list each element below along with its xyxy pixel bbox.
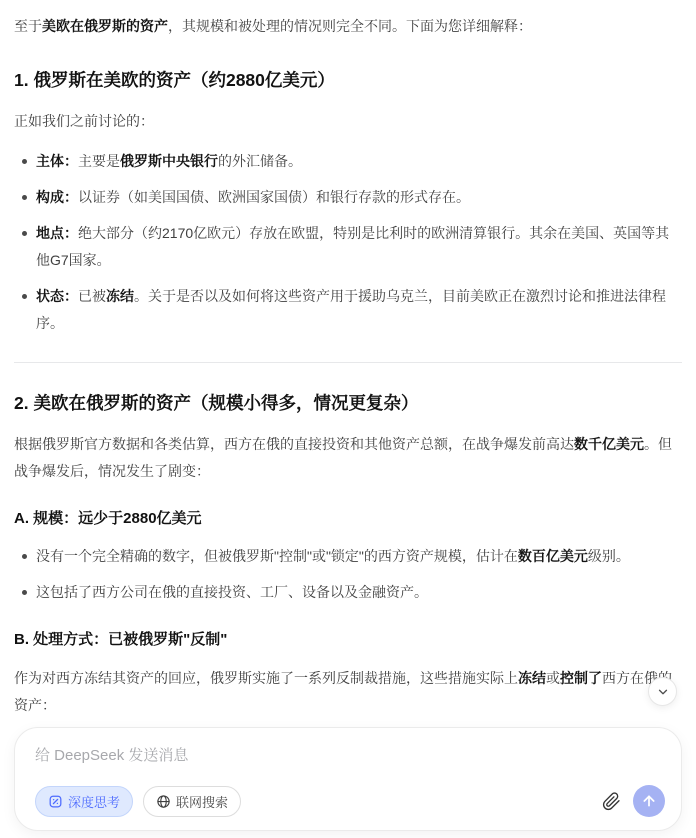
section-heading: 2. 美欧在俄罗斯的资产（规模小得多，情况更复杂） bbox=[14, 390, 682, 416]
section-heading: B. 处理方式：已被俄罗斯"反制" bbox=[14, 628, 682, 652]
bullet-list: 没有一个完全精确的数字，但被俄罗斯"控制"或"锁定"的西方资产规模，估计在数百亿… bbox=[14, 543, 682, 606]
text-span: 这包括了西方公司在俄的直接投资、工厂、设备以及金融资产。 bbox=[36, 584, 428, 600]
list-item: 地点：绝大部分（约2170亿欧元）存放在欧盟，特别是比利时的欧洲清算银行。其余在… bbox=[36, 220, 682, 274]
bold-text: 构成： bbox=[36, 189, 78, 205]
text-span: 2. 美欧在俄罗斯的资产（规模小得多，情况更复杂） bbox=[14, 393, 418, 413]
message-input[interactable] bbox=[35, 742, 665, 770]
text-span: 正如我们之前讨论的： bbox=[14, 113, 154, 129]
bold-text: 冻结 bbox=[106, 288, 134, 304]
arrow-up-icon bbox=[641, 793, 657, 809]
bold-text: 数百亿美元 bbox=[518, 548, 588, 564]
text-span: 已被 bbox=[78, 288, 106, 304]
text-span: 主要是 bbox=[78, 153, 120, 169]
bold-text: 主体： bbox=[36, 153, 78, 169]
text-span: 以证券（如美国国债、欧洲国家国债）和银行存款的形式存在。 bbox=[78, 189, 470, 205]
text-span: A. 规模：远少于2880亿美元 bbox=[14, 510, 202, 527]
bold-text: 俄罗斯中央银行 bbox=[120, 153, 218, 169]
text-span: 的外汇储备。 bbox=[218, 153, 302, 169]
text-span: 绝大部分（约2170亿欧元）存放在欧盟，特别是比利时的欧洲清算银行。其余在美国、… bbox=[36, 225, 669, 268]
list-item: 构成：以证券（如美国国债、欧洲国家国债）和银行存款的形式存在。 bbox=[36, 184, 682, 211]
deepthink-toggle[interactable]: 深度思考 bbox=[35, 786, 133, 817]
chevron-down-icon bbox=[656, 685, 670, 699]
bold-text: 冻结 bbox=[518, 670, 546, 686]
bold-text: 地点： bbox=[36, 225, 78, 241]
composer-toolbar: 深度思考 联网搜索 bbox=[35, 785, 665, 817]
list-item: 状态：已被冻结。关于是否以及如何将这些资产用于援助乌克兰，目前美欧正在激烈讨论和… bbox=[36, 283, 682, 337]
paragraph: 作为对西方冻结其资产的回应，俄罗斯实施了一系列反制裁措施，这些措施实际上冻结或控… bbox=[14, 665, 682, 719]
globe-icon bbox=[156, 794, 171, 809]
scroll-to-bottom-button[interactable] bbox=[648, 677, 677, 706]
bullet-list: 主体：主要是俄罗斯中央银行的外汇储备。构成：以证券（如美国国债、欧洲国家国债）和… bbox=[14, 148, 682, 337]
list-item: 这包括了西方公司在俄的直接投资、工厂、设备以及金融资产。 bbox=[36, 579, 682, 606]
text-span: 级别。 bbox=[588, 548, 630, 564]
deepthink-icon bbox=[48, 794, 63, 809]
section-divider bbox=[14, 362, 682, 363]
list-item: 主体：主要是俄罗斯中央银行的外汇储备。 bbox=[36, 148, 682, 175]
attach-button[interactable] bbox=[600, 790, 623, 813]
paragraph: 至于美欧在俄罗斯的资产，其规模和被处理的情况则完全不同。下面为您详细解释： bbox=[14, 13, 682, 40]
assistant-message: 至于美欧在俄罗斯的资产，其规模和被处理的情况则完全不同。下面为您详细解释：1. … bbox=[14, 0, 682, 834]
text-span: 或 bbox=[546, 670, 560, 686]
text-span: 没有一个完全精确的数字，但被俄罗斯"控制"或"锁定"的西方资产规模，估计在 bbox=[36, 548, 518, 564]
bold-text: 控制了 bbox=[560, 670, 602, 686]
deepthink-label: 深度思考 bbox=[68, 792, 120, 811]
websearch-label: 联网搜索 bbox=[176, 792, 228, 811]
text-span: ，其规模和被处理的情况则完全不同。下面为您详细解释： bbox=[168, 18, 532, 34]
text-span: 根据俄罗斯官方数据和各类估算，西方在俄的直接投资和其他资产总额，在战争爆发前高达 bbox=[14, 436, 574, 452]
text-span: B. 处理方式：已被俄罗斯"反制" bbox=[14, 631, 227, 648]
section-heading: 1. 俄罗斯在美欧的资产（约2880亿美元） bbox=[14, 67, 682, 93]
list-item: 没有一个完全精确的数字，但被俄罗斯"控制"或"锁定"的西方资产规模，估计在数百亿… bbox=[36, 543, 682, 570]
bold-text: 状态： bbox=[36, 288, 78, 304]
send-button[interactable] bbox=[633, 785, 665, 817]
bold-text: 美欧在俄罗斯的资产 bbox=[42, 18, 168, 34]
paperclip-icon bbox=[602, 792, 621, 811]
websearch-toggle[interactable]: 联网搜索 bbox=[143, 786, 241, 817]
text-span: 1. 俄罗斯在美欧的资产（约2880亿美元） bbox=[14, 70, 335, 90]
bold-text: 数千亿美元 bbox=[574, 436, 644, 452]
section-heading: A. 规模：远少于2880亿美元 bbox=[14, 507, 682, 531]
text-span: 作为对西方冻结其资产的回应，俄罗斯实施了一系列反制裁措施，这些措施实际上 bbox=[14, 670, 518, 686]
text-span: 至于 bbox=[14, 18, 42, 34]
message-composer: 深度思考 联网搜索 bbox=[14, 727, 682, 831]
paragraph: 正如我们之前讨论的： bbox=[14, 108, 682, 135]
paragraph: 根据俄罗斯官方数据和各类估算，西方在俄的直接投资和其他资产总额，在战争爆发前高达… bbox=[14, 431, 682, 485]
